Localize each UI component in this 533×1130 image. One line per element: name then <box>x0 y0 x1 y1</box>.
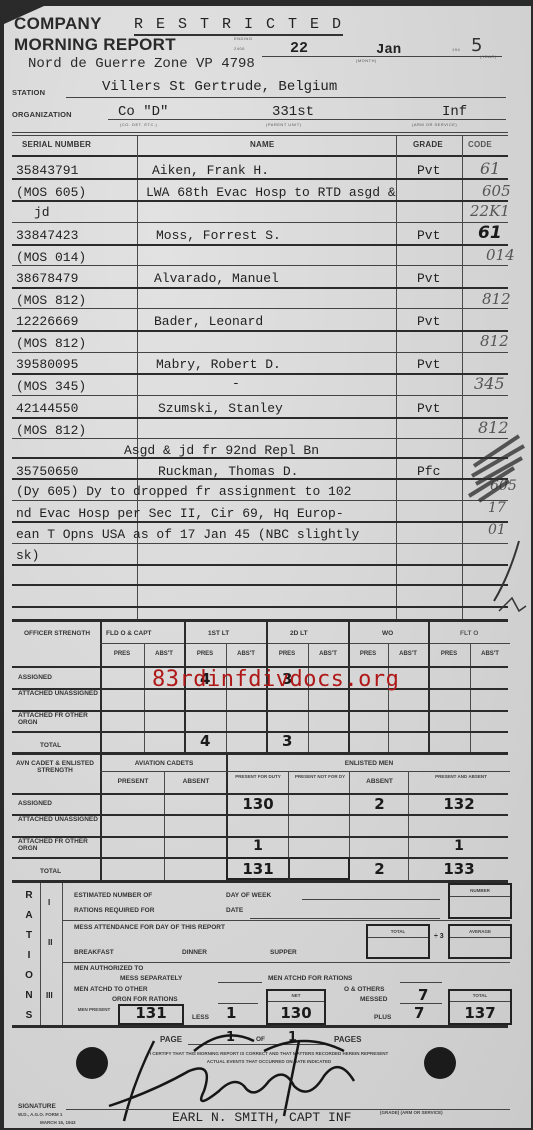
serial-szumski: 42144550 <box>16 401 78 416</box>
code-alvarado-mos: 812 <box>482 290 511 308</box>
signature-label: SIGNATURE <box>18 1103 56 1110</box>
rations-dinner-label: DINNER <box>182 949 207 956</box>
arm-value: Inf <box>442 104 467 120</box>
year-digit: 5 <box>471 35 482 56</box>
form-date: MARCH 15, 1943 <box>40 1120 76 1126</box>
punch-hole-right <box>424 1047 456 1079</box>
officer-subcol-pres: PRES <box>348 651 388 658</box>
company-value: Co "D" <box>118 104 168 120</box>
station-label: STATION <box>12 88 45 97</box>
col-em-present-for-duty: PRESENT FOR DUTY <box>230 774 286 780</box>
rations-orgn-for-rations-label: ORGN FOR RATIONS <box>112 996 178 1003</box>
rations-day-of-week-label: DAY OF WEEK <box>226 892 271 899</box>
group-flt-o: FLT O <box>460 630 478 637</box>
rations-sec-iii-num: III <box>46 991 53 1000</box>
signer-caption: (GRADE) (ARM OR SERVICE) <box>380 1110 443 1116</box>
grade-bader: Pvt <box>417 314 440 329</box>
name-aiken: Aiken, Frank H. <box>152 163 269 178</box>
rations-supper-label: SUPPER <box>270 949 297 956</box>
officer-subcol-pres: PRES <box>266 651 308 658</box>
arm-caption: (ARM OR SERVICE) <box>412 122 457 127</box>
rations-men-present-label: MEN PRESENT <box>72 1007 116 1013</box>
serial-aiken: 35843791 <box>16 163 78 178</box>
col-em-present-not-for-duty: PRESENT NOT FOR DY <box>292 774 348 780</box>
officer-total-1st-lt-pres: 4 <box>200 732 210 750</box>
officer-subcol-pres: PRES <box>428 651 470 658</box>
name-alvarado: Alvarado, Manuel <box>154 271 279 286</box>
organization-label: ORGANIZATION <box>12 110 72 119</box>
em-total-present-for-duty: 131 <box>228 860 288 878</box>
enlisted-row-total: TOTAL <box>40 868 61 875</box>
rations-sec-ii-num: II <box>48 938 52 947</box>
officer-row-attached-unassigned: ATTACHED UNASSIGNED <box>18 690 98 697</box>
em-attached-present-and-absent: 1 <box>410 838 508 854</box>
group-wo: WO <box>382 630 393 637</box>
col-em-present-and-absent: PRESENT AND ABSENT <box>416 774 506 780</box>
parent-unit-caption: (PARENT UNIT) <box>266 122 301 127</box>
rations-total-value: 137 <box>450 1004 510 1022</box>
month-caption: (MONTH) <box>356 58 377 63</box>
remark-ruckman-4: sk) <box>16 548 39 563</box>
code-moss: 61 <box>478 223 502 243</box>
officer-subcol-abst: ABS'T <box>226 651 266 658</box>
year-caption: (YEAR) <box>480 54 497 59</box>
em-attached-present-for-duty: 1 <box>228 838 288 854</box>
rations-sec-i-num: I <box>48 898 50 907</box>
grade-ruckman: Pfc <box>417 464 440 479</box>
group-2d-lt: 2D LT <box>290 630 308 637</box>
rations-date-label: DATE <box>226 907 243 914</box>
officer-subcol-pres: PRES <box>184 651 226 658</box>
rations-estimated-label: ESTIMATED NUMBER OF <box>74 892 152 899</box>
officer-row-attached-other: ATTACHED FR OTHER ORGN <box>18 712 98 726</box>
rations-net-label: NET <box>268 993 324 999</box>
name-ruckman: Ruckman, Thomas D. <box>158 464 298 479</box>
company-caption: (CO. DET. ETC.) <box>120 122 157 127</box>
officer-row-total: TOTAL <box>40 742 61 749</box>
rations-plus-value: 7 <box>414 1004 424 1022</box>
enlisted-strength-title: AVN CADET & ENLISTED STRENGTH <box>14 760 96 774</box>
code-bader-mos: 812 <box>480 332 509 350</box>
code-aiken: 61 <box>480 159 500 178</box>
code-mabry-mos: 345 <box>474 374 505 393</box>
col-grade: GRADE <box>413 140 443 149</box>
name-bader: Bader, Leonard <box>154 314 263 329</box>
rations-plus-label: PLUS <box>374 1014 391 1021</box>
remark-asgd-92nd: Asgd & jd fr 92nd Repl Bn <box>124 443 319 458</box>
form-title-morning-report: MORNING REPORT <box>14 35 176 55</box>
grade-mabry: Pvt <box>417 357 440 372</box>
rations-less-label: LESS <box>192 1014 209 1021</box>
rations-men-authorized-label: MEN AUTHORIZED TO <box>74 965 143 972</box>
mos-moss: (MOS 014) <box>16 250 86 265</box>
group-1st-lt: 1ST LT <box>208 630 229 637</box>
em-assigned-present-and-absent: 132 <box>410 795 508 813</box>
serial-alvarado: 38678479 <box>16 271 78 286</box>
serial-mabry: 39580095 <box>16 357 78 372</box>
location-note: Nord de Guerre Zone VP 4798 <box>28 56 255 72</box>
form-title-company: COMPANY <box>14 14 102 34</box>
code-moss-mos: 014 <box>486 246 515 264</box>
rations-less-value: 1 <box>226 1004 236 1022</box>
serial-moss: 33847423 <box>16 228 78 243</box>
rations-men-present-value: 131 <box>120 1004 182 1022</box>
remark-aiken: LWA 68th Evac Hosp to RTD asgd & <box>146 185 396 200</box>
rations-breakfast-label: BREAKFAST <box>74 949 114 956</box>
code-aiken-2: 22K1 <box>470 202 510 220</box>
report-day: 22 <box>290 40 308 57</box>
remark-mabry: - <box>232 376 240 391</box>
em-assigned-absent: 2 <box>351 795 408 813</box>
rations-average-box-label: AVERAGE <box>450 929 510 935</box>
em-total-absent: 2 <box>351 860 408 878</box>
officer-subcol-abst: ABS'T <box>388 651 428 658</box>
rations-o-others-value: 7 <box>418 986 428 1004</box>
serial-ruckman: 35750650 <box>16 464 78 479</box>
remark-ruckman-2: nd Evac Hosp per Sec II, Cir 69, Hq Euro… <box>16 506 344 521</box>
officer-subcol-abst: ABS'T <box>308 651 348 658</box>
signer-name: EARL N. SMITH, CAPT INF <box>172 1110 351 1125</box>
name-szumski: Szumski, Stanley <box>158 401 283 416</box>
rations-net-value: 130 <box>268 1004 324 1022</box>
rations-men-atchd-other-label: MEN ATCHD TO OTHER <box>74 986 148 993</box>
rations-mess-attendance-label: MESS ATTENDANCE FOR DAY OF THIS REPORT <box>74 924 225 931</box>
col-avn-present: PRESENT <box>102 778 164 785</box>
rations-number-box-label: NUMBER <box>450 888 510 894</box>
officer-total-2d-lt-pres: 3 <box>282 732 292 750</box>
col-em-absent: ABSENT <box>351 778 408 785</box>
code-aiken-mos: 605 <box>482 182 511 200</box>
remark-ruckman-3: ean T Opns USA as of 17 Jan 45 (NBC slig… <box>16 527 359 542</box>
col-avn-absent: ABSENT <box>166 778 226 785</box>
rations-divide-by-three: ÷ 3 <box>434 932 446 941</box>
mos-szumski: (MOS 812) <box>16 423 86 438</box>
report-month: Jan <box>376 42 401 58</box>
grade-szumski: Pvt <box>417 401 440 416</box>
pencil-scribble-icon <box>464 406 533 616</box>
station-value: Villers St Gertrude, Belgium <box>102 79 337 95</box>
watermark-text: 83rdinfdivdocs.org <box>152 667 399 692</box>
rations-total-box-label: TOTAL <box>368 929 428 935</box>
mos-alvarado: (MOS 812) <box>16 293 86 308</box>
rations-messed-label: MESSED <box>360 996 387 1003</box>
officer-subcol-pres: PRES <box>100 651 144 658</box>
ending-time-label: 2400 <box>234 46 245 51</box>
rations-required-label: RATIONS REQUIRED FOR <box>74 907 154 914</box>
officer-strength-title: OFFICER STRENGTH <box>18 630 96 637</box>
rations-side-label: RATIONS <box>22 886 36 1026</box>
em-assigned-present-for-duty: 130 <box>228 795 288 813</box>
mos-mabry: (MOS 345) <box>16 379 86 394</box>
grade-aiken: Pvt <box>417 163 440 178</box>
officer-subcol-abst: ABS'T <box>144 651 184 658</box>
col-code: CODE <box>468 140 492 149</box>
rations-men-atchd-label: MEN ATCHD FOR RATIONS <box>268 975 352 982</box>
ending-label: ENDING <box>234 36 253 41</box>
year-prefix: 194 <box>452 47 460 52</box>
form-id: W.D., A.G.O. FORM 1 <box>18 1112 62 1118</box>
rations-total-label: TOTAL <box>450 993 510 999</box>
classification-stamp: R E S T R I C T E D <box>134 16 343 36</box>
officer-row-assigned: ASSIGNED <box>18 674 52 681</box>
enlisted-row-attached-other: ATTACHED FR OTHER ORGN <box>18 838 98 852</box>
officer-subcol-abst: ABS'T <box>470 651 510 658</box>
name-mabry: Mabry, Robert D. <box>156 357 281 372</box>
name-moss: Moss, Forrest S. <box>156 228 281 243</box>
col-serial-number: SERIAL NUMBER <box>22 140 91 149</box>
grade-moss: Pvt <box>417 228 440 243</box>
mos-aiken: (MOS 605) <box>16 185 86 200</box>
serial-bader: 12226669 <box>16 314 78 329</box>
group-fld-o-capt: FLD O & CAPT <box>106 630 152 637</box>
group-aviation-cadets: AVIATION CADETS <box>102 760 226 767</box>
grade-alvarado: Pvt <box>417 271 440 286</box>
morning-report-card: COMPANY MORNING REPORT R E S T R I C T E… <box>4 6 531 1128</box>
enlisted-row-attached-unassigned: ATTACHED UNASSIGNED <box>18 816 98 823</box>
rations-mess-separately-label: MESS SEPARATELY <box>120 975 182 982</box>
rations-o-others-label: O & OTHERS <box>344 986 384 993</box>
remark-aiken-cont: jd <box>34 205 50 220</box>
remark-ruckman-1: (Dy 605) Dy to dropped fr assignment to … <box>16 484 351 499</box>
em-total-present-and-absent: 133 <box>410 860 508 878</box>
enlisted-row-assigned: ASSIGNED <box>18 800 52 807</box>
col-name: NAME <box>250 140 274 149</box>
parent-unit-value: 331st <box>272 104 314 120</box>
group-enlisted-men: ENLISTED MEN <box>228 760 510 767</box>
mos-bader: (MOS 812) <box>16 336 86 351</box>
